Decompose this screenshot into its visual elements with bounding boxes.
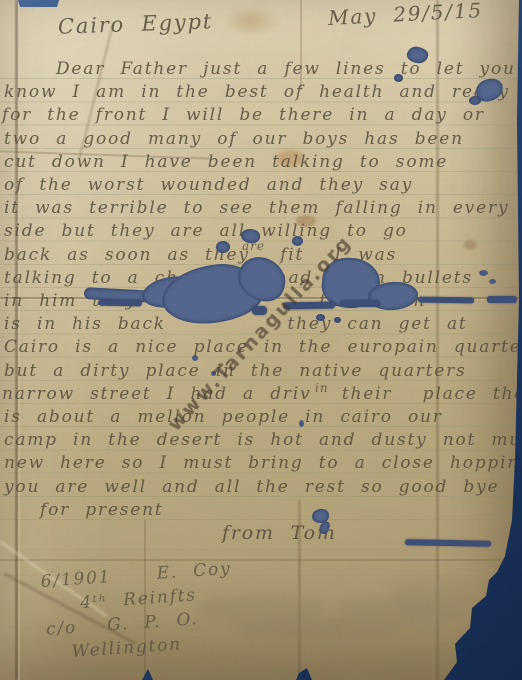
torn-hole — [334, 317, 341, 323]
letter-date: May 29/5/15 — [327, 0, 483, 30]
tear-slit — [487, 296, 517, 303]
letter-line: it was terrible to see them falling in e… — [4, 197, 518, 220]
torn-hole — [216, 241, 230, 253]
paper-speck — [299, 420, 304, 427]
letter-line: two a good many of our boys has been — [4, 128, 518, 151]
stain — [222, 6, 280, 36]
letter-line: of the worst wounded and they say — [4, 174, 518, 197]
address-block: 6/1901 E. Coy 4ᵗʰ Reinfts c/o G. P. O. W… — [40, 557, 237, 666]
letter-line: know I am in the best of health and read… — [4, 81, 518, 104]
fold-crease-horizontal — [0, 559, 522, 561]
ghost-writing — [238, 620, 398, 640]
letter-line: cut down I have been talking to some — [4, 151, 518, 174]
torn-hole — [292, 236, 303, 246]
paper-speck — [479, 270, 488, 276]
ghost-writing — [392, 578, 478, 618]
torn-hole — [394, 74, 403, 82]
tear-slit — [98, 300, 142, 307]
letter-line: for present — [40, 499, 518, 522]
tear-slit — [418, 297, 474, 304]
letter-line: Dear Father just a few lines to let you — [56, 58, 518, 81]
letter-line: you are well and all the rest so good by… — [4, 476, 518, 499]
letter-line: narrow street I had a driv their place t… — [2, 383, 518, 406]
letter-line: is about a mellon people in cairo our — [4, 406, 518, 429]
paper-speck — [192, 355, 198, 361]
paper-speck — [489, 279, 496, 284]
letter-photograph: Cairo Egypt May 29/5/15 Dear Father just… — [0, 0, 522, 680]
letter-line: for the front I will be there in a day o… — [2, 104, 518, 127]
letter-line: new here so I must bring to a close hopp… — [4, 452, 518, 475]
letter-place: Cairo Egypt — [58, 9, 214, 38]
torn-hole — [316, 314, 325, 321]
inserted-word: in — [315, 381, 329, 395]
torn-hole — [469, 96, 481, 105]
ghost-writing — [336, 598, 456, 624]
letter-line: camp in the desert is hot and dusty not … — [4, 429, 518, 452]
tear-slit — [340, 300, 380, 307]
